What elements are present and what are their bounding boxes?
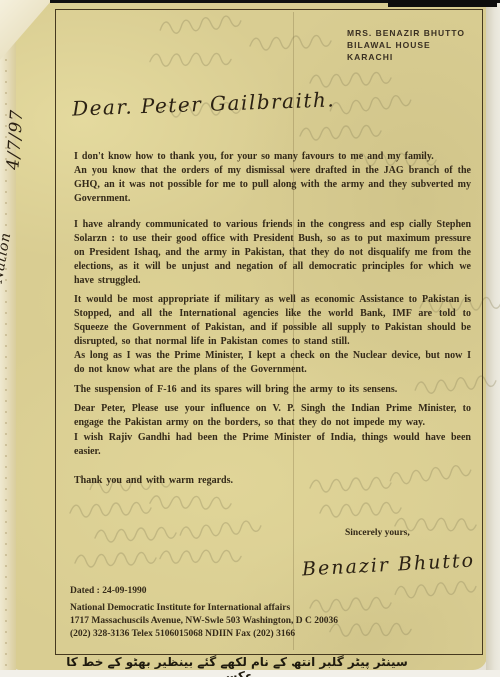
top-black-rule-thick (388, 0, 497, 7)
body-paragraph: I wish Rajiv Gandhi had been the Prime M… (74, 431, 471, 459)
body-paragraph: I don't know how to thank you, for your … (74, 150, 471, 164)
body-paragraph: Dear Peter, Please use your influence on… (74, 402, 471, 430)
footer-address: 1717 Massachuscils Avenue, NW-Swle 503 W… (70, 616, 338, 626)
footer-organization: National Democratic Institute for Intern… (70, 603, 290, 613)
date-line: Dated : 24-09-1990 (70, 586, 147, 596)
body-paragraph: An you know that the orders of my dismis… (74, 164, 471, 206)
letterhead: MRS. BENAZIR BHUTTO BILAWAL HOUSE KARACH… (347, 27, 465, 63)
body-paragraph: As long as I was the Prime Minister, I k… (74, 349, 471, 377)
body-paragraph: The suspension of F-16 and its spares wi… (74, 383, 471, 397)
paper-perforation (2, 0, 11, 671)
urdu-caption: سینٹر پیٹر گلبر انتھ کے نام لکھے گئے بین… (62, 655, 412, 677)
letterhead-name: MRS. BENAZIR BHUTTO (347, 27, 465, 39)
body-paragraph: I have alrandy communicated to various f… (74, 218, 471, 288)
valediction: Sincerely yours, (345, 528, 410, 538)
footer-contact: (202) 328-3136 Telex 5106015068 NDIIN Fa… (70, 629, 295, 639)
scan-right-edge (486, 0, 500, 677)
letterhead-city: KARACHI (347, 51, 465, 63)
letterhead-house: BILAWAL HOUSE (347, 39, 465, 51)
body-thanks: Thank you and with warm regards. (74, 474, 471, 488)
body-paragraph: It would be most appropriate if military… (74, 293, 471, 349)
margin-date-note: 4/7/97 (3, 109, 27, 171)
scanned-letter: 4/7/97 The Nation MRS. BENAZIR BHUTTO BI… (0, 0, 500, 677)
